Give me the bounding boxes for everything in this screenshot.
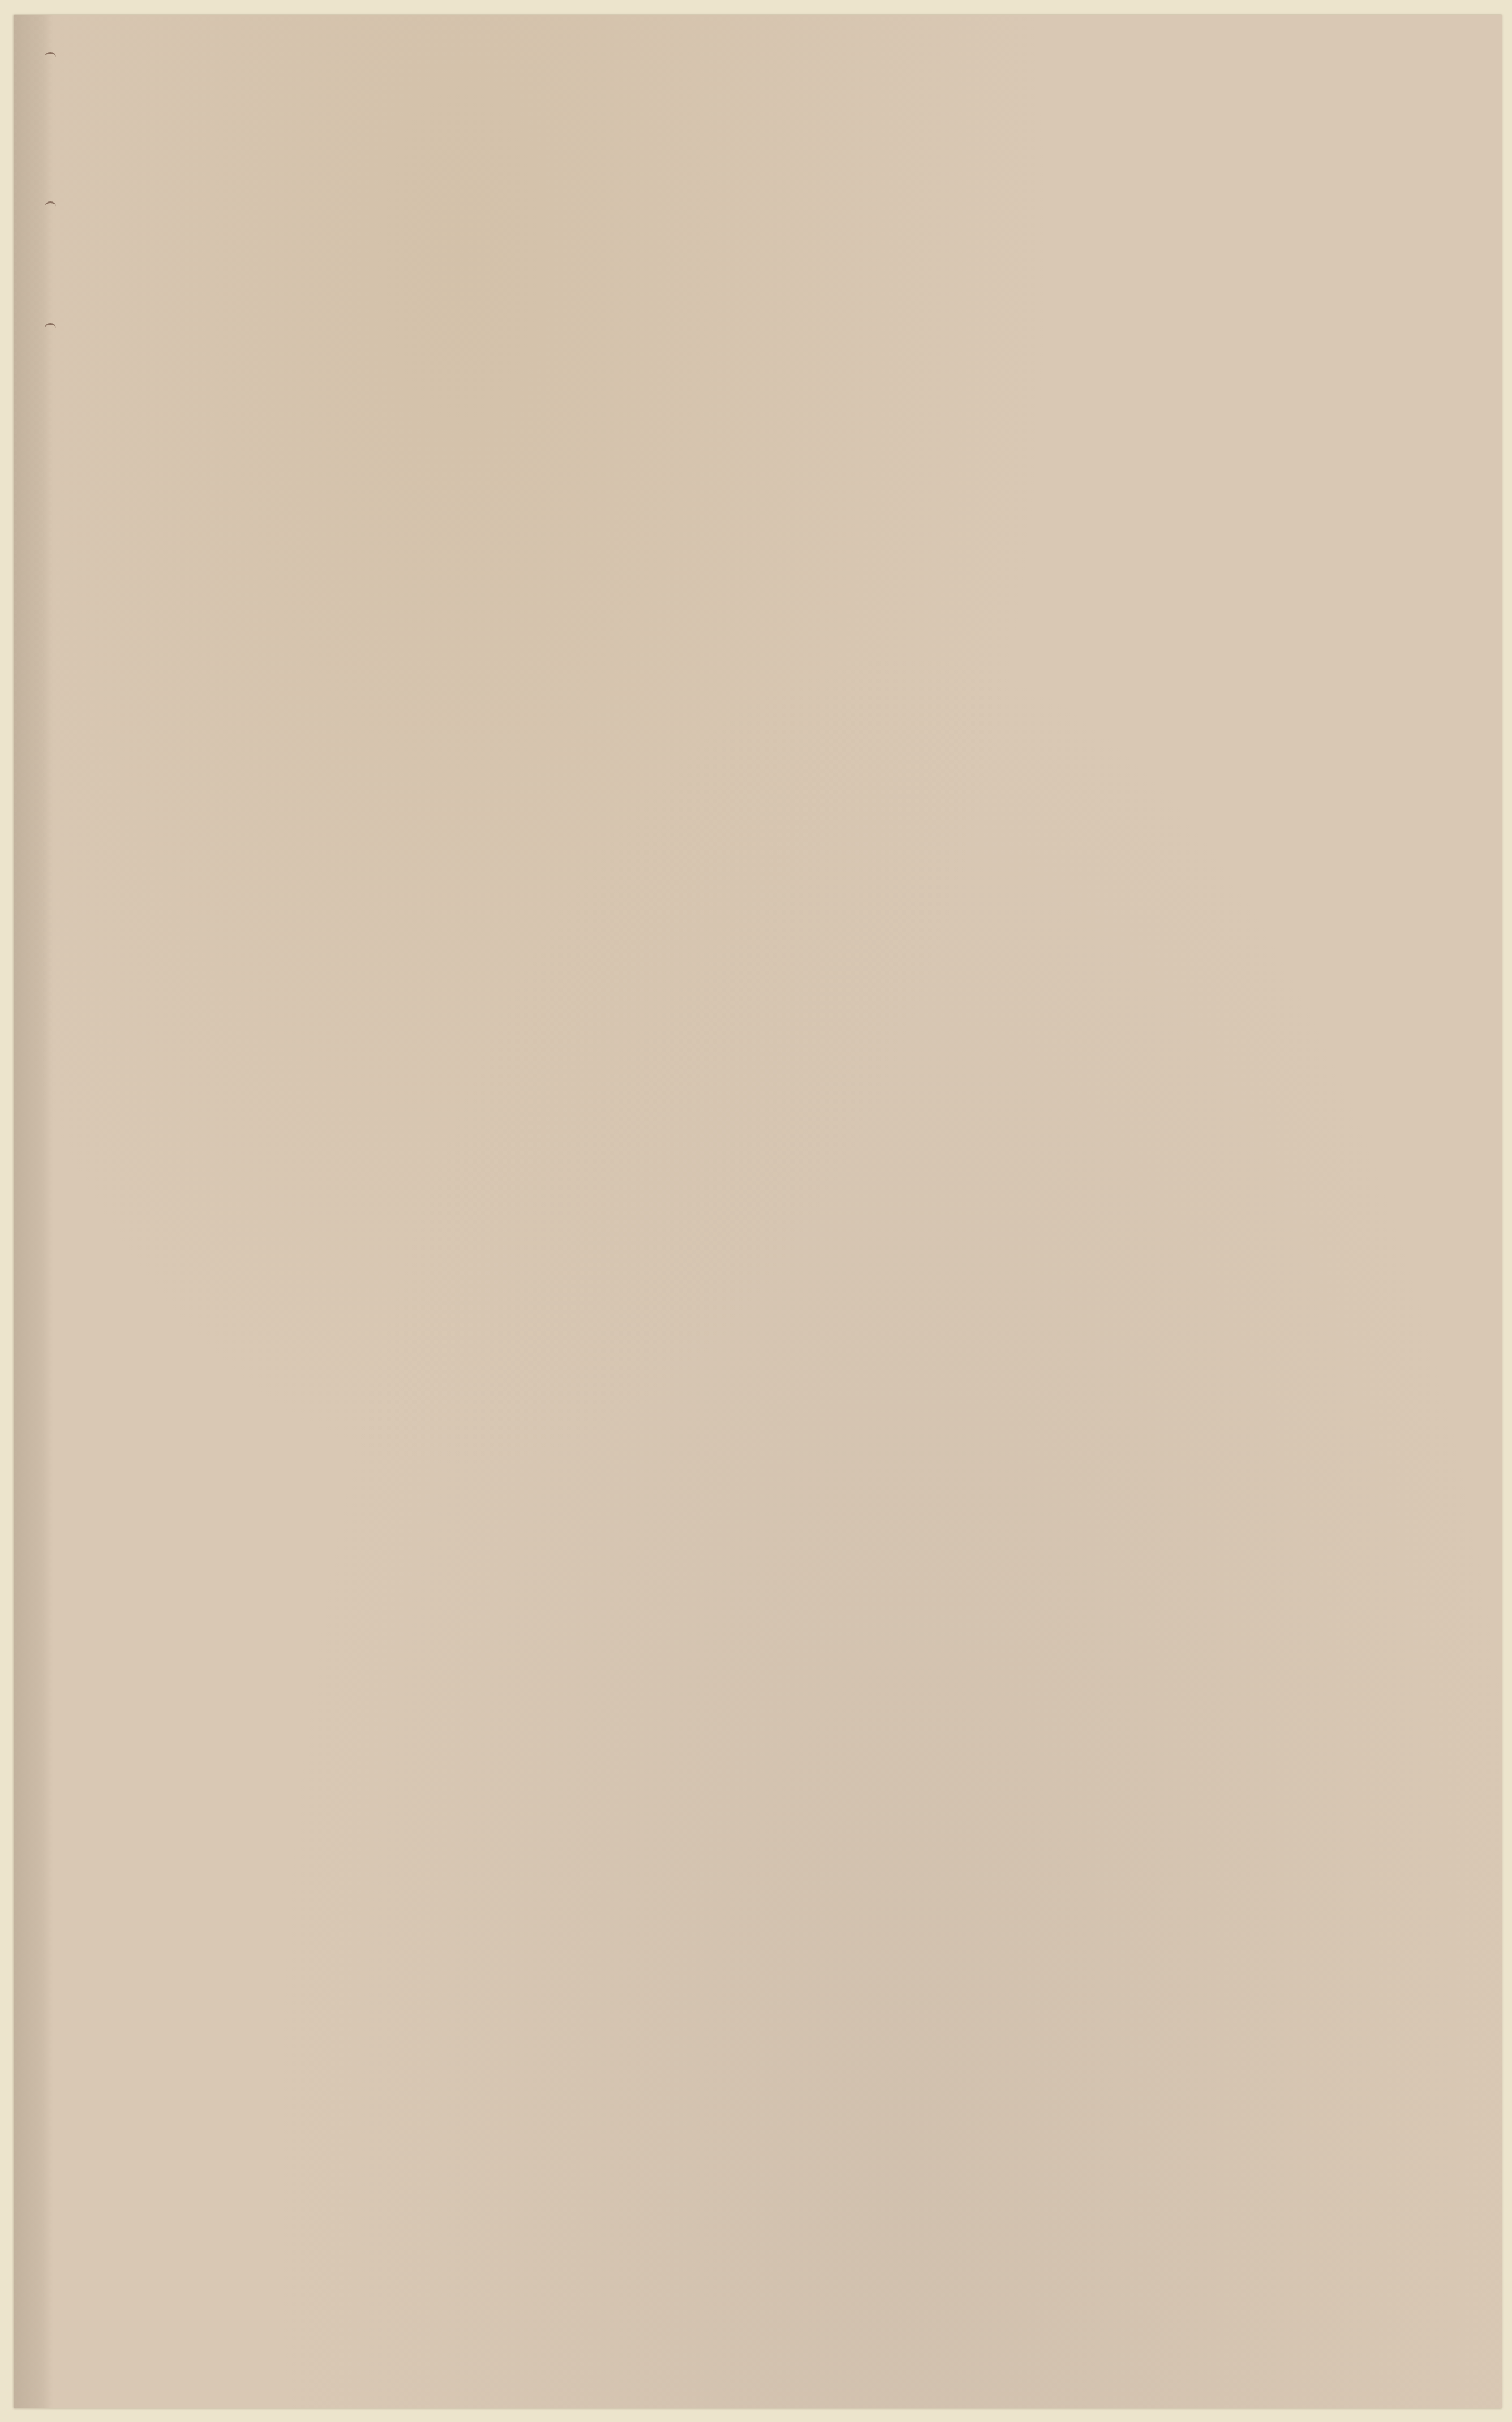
- punch-hole-mark: [45, 323, 56, 333]
- punch-hole-mark: [45, 201, 56, 211]
- punch-hole-mark: [45, 52, 56, 62]
- manuscript-page: [14, 15, 1502, 2408]
